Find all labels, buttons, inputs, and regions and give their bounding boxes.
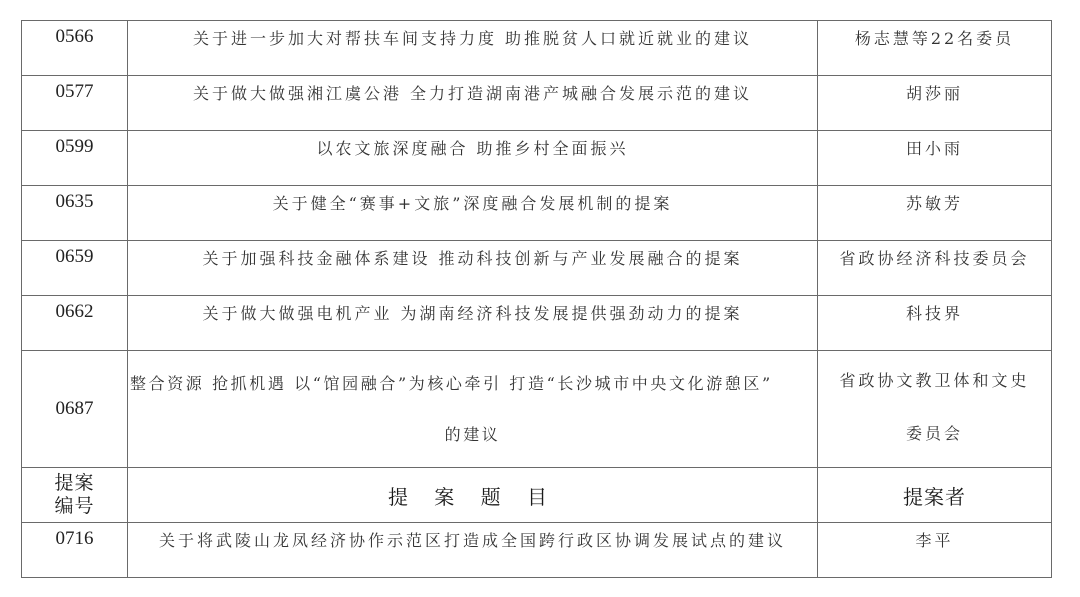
header-id-line1: 提案: [22, 472, 127, 495]
proposal-title: 关于将武陵山龙凤经济协作示范区打造成全国跨行政区协调发展试点的建议: [128, 512, 818, 567]
proposal-id: 0566: [22, 10, 128, 65]
proposal-id: 0635: [22, 175, 128, 230]
proposal-author: 省政协经济科技委员会: [818, 230, 1052, 285]
proposal-author: 省政协文教卫体和文史 委员会: [818, 351, 1052, 468]
proposal-title: 以农文旅深度融合 助推乡村全面振兴: [128, 120, 818, 175]
proposal-author-line2: 委员会: [818, 421, 1051, 444]
proposal-id: 0659: [22, 230, 128, 285]
proposal-title: 关于做大做强湘江虞公港 全力打造湖南港产城融合发展示范的建议: [128, 65, 818, 120]
table-row: 0687 整合资源 抢抓机遇 以“馆园融合”为核心牵引 打造“长沙城市中央文化游…: [22, 351, 1052, 468]
proposal-title: 关于健全“赛事+文旅”深度融合发展机制的提案: [128, 175, 818, 230]
proposal-author: 科技界: [818, 285, 1052, 340]
proposal-author: 苏敏芳: [818, 175, 1052, 230]
proposal-title-line2: 的建议: [128, 422, 817, 445]
proposal-author-line1: 省政协文教卫体和文史: [818, 368, 1051, 391]
proposal-title: 整合资源 抢抓机遇 以“馆园融合”为核心牵引 打造“长沙城市中央文化游憩区” 的…: [128, 351, 818, 468]
proposal-id: 0687: [22, 351, 128, 468]
proposal-title: 关于加强科技金融体系建设 推动科技创新与产业发展融合的提案: [128, 230, 818, 285]
proposal-title-line1: 整合资源 抢抓机遇 以“馆园融合”为核心牵引 打造“长沙城市中央文化游憩区”: [128, 371, 817, 394]
proposal-id: 0599: [22, 120, 128, 175]
proposal-author: 胡莎丽: [818, 65, 1052, 120]
table-row: 0716 关于将武陵山龙凤经济协作示范区打造成全国跨行政区协调发展试点的建议 李…: [22, 523, 1052, 578]
proposal-author: 李平: [818, 512, 1052, 567]
table-row: 0662 关于做大做强电机产业 为湖南经济科技发展提供强劲动力的提案 科技界: [22, 296, 1052, 351]
proposal-author: 田小雨: [818, 120, 1052, 175]
proposal-id: 0577: [22, 65, 128, 120]
proposal-id: 0662: [22, 285, 128, 340]
proposal-author: 杨志慧等22名委员: [818, 10, 1052, 65]
proposal-title: 关于进一步加大对帮扶车间支持力度 助推脱贫人口就近就业的建议: [128, 10, 818, 65]
proposal-title: 关于做大做强电机产业 为湖南经济科技发展提供强劲动力的提案: [128, 285, 818, 340]
proposal-table: 0566 关于进一步加大对帮扶车间支持力度 助推脱贫人口就近就业的建议 杨志慧等…: [21, 20, 1052, 578]
proposal-id: 0716: [22, 512, 128, 567]
